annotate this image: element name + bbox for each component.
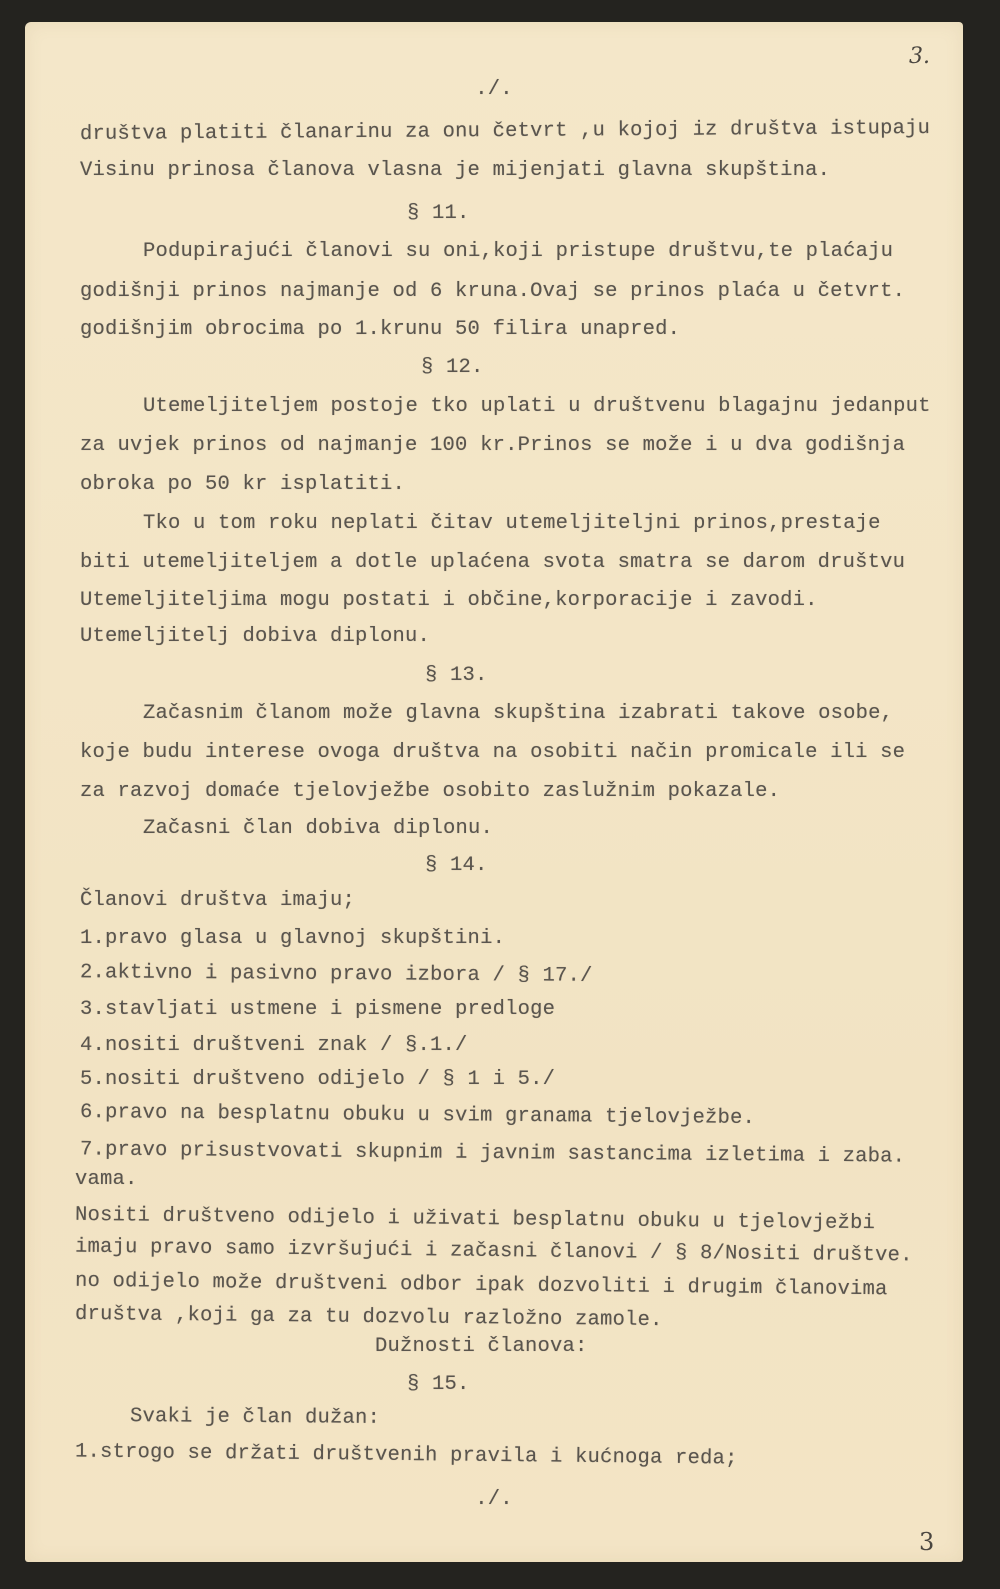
text-line: društva platiti članarinu za onu četvrt … — [80, 117, 930, 146]
text-line: Svaki je član dužan: — [130, 1405, 380, 1430]
text-line: Začasnim članom može glavna skupština iz… — [143, 702, 893, 725]
subheading-duties: Dužnosti članova: — [375, 1335, 588, 1358]
section-heading-12: § 12. — [421, 356, 484, 379]
text-line: Začasni član dobiva diplonu. — [143, 817, 493, 840]
text-line: Utemeljiteljima mogu postati i občine,ko… — [80, 589, 818, 612]
list-item: 3.stavljati ustmene i pismene predloge — [80, 998, 555, 1021]
list-item: 1.strogo se držati društvenih pravila i … — [75, 1441, 738, 1471]
continuation-mark-top: ./. — [25, 78, 963, 101]
list-item: 4.nositi društveni znak / §.1./ — [80, 1034, 468, 1057]
text-line: za uvjek prinos od najmanje 100 kr.Prino… — [80, 434, 905, 457]
text-line: društva ,koji ga za tu dozvolu razložno … — [75, 1303, 663, 1332]
text-line: koje budu interese ovoga društva na osob… — [80, 741, 905, 764]
section-heading-14: § 14. — [425, 854, 488, 877]
text-line: za razvoj domaće tjelovježbe osobito zas… — [80, 780, 780, 803]
text-line: no odijelo može društveni odbor ipak doz… — [75, 1270, 888, 1302]
text-line: imaju pravo samo izvršujući i začasni čl… — [75, 1236, 913, 1268]
text-line: Utemeljitelj dobiva diplonu. — [80, 625, 430, 648]
list-item: 6.pravo na besplatnu obuku u svim granam… — [80, 1101, 755, 1130]
continuation-mark-bottom: ./. — [25, 1488, 963, 1511]
text-line: Tko u tom roku neplati čitav utemeljitel… — [143, 512, 881, 535]
text-line: Nositi društveno odijelo i uživati bespl… — [75, 1204, 875, 1235]
folio-number-top: 3. — [909, 44, 930, 69]
folio-number-bottom: 3 — [919, 1528, 934, 1556]
list-item-continuation: vama. — [75, 1168, 138, 1191]
list-item: 7.pravo prisustvovati skupnim i javnim s… — [80, 1138, 905, 1168]
list-item: 5.nositi društveno odijelo / § 1 i 5./ — [80, 1068, 555, 1091]
section-heading-13: § 13. — [425, 664, 488, 687]
text-line: godišnji prinos najmanje od 6 kruna.Ovaj… — [80, 280, 905, 303]
list-item: 1.pravo glasa u glavnoj skupštini. — [80, 927, 505, 950]
section-heading-15: § 15. — [407, 1373, 470, 1396]
text-line: Članovi društva imaju; — [80, 889, 355, 912]
text-line: biti utemeljiteljem a dotle uplaćena svo… — [80, 551, 905, 574]
text-line: godišnjim obrocima po 1.krunu 50 filira … — [80, 318, 680, 341]
text-line: Visinu prinosa članova vlasna je mijenja… — [80, 159, 830, 182]
section-heading-11: § 11. — [407, 202, 470, 225]
text-line: obroka po 50 kr isplatiti. — [80, 473, 405, 496]
text-line: Podupirajući članovi su oni,koji pristup… — [143, 240, 893, 263]
text-line: Utemeljiteljem postoje tko uplati u druš… — [143, 395, 931, 418]
list-item: 2.aktivno i pasivno pravo izbora / § 17.… — [80, 961, 593, 988]
document-page: 3. ./. društva platiti članarinu za onu … — [25, 22, 963, 1562]
